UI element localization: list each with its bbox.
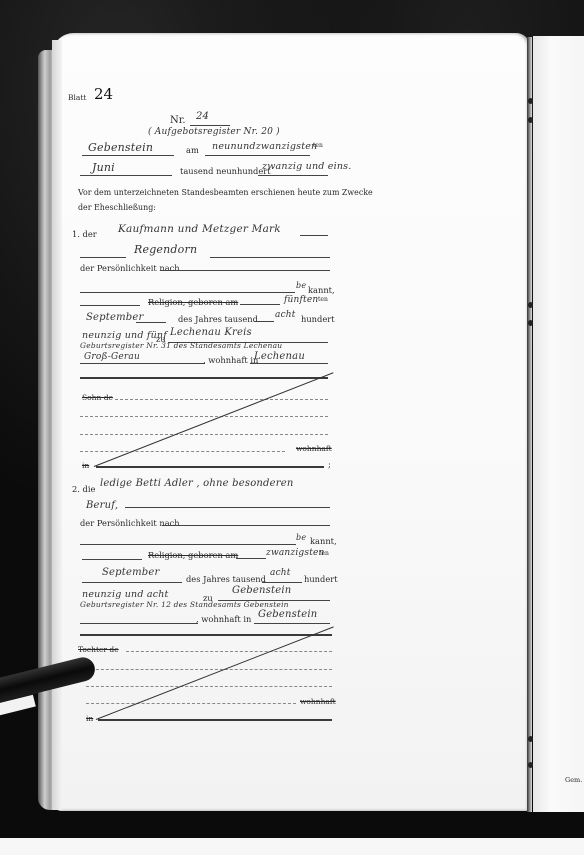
rule [86, 669, 332, 670]
party1-hundred-label: hundert [301, 314, 335, 324]
party1-son-of-label: Sohn de [82, 393, 113, 402]
book-gutter [527, 37, 532, 812]
party2-hundred-label: hundert [304, 574, 338, 584]
party2-birth-day-suffix: ten [319, 550, 329, 557]
party1-birthplace: Lechenau Kreis [170, 327, 252, 338]
rule [98, 719, 332, 721]
rule [254, 623, 330, 624]
intro-line-1: Vor dem unterzeichneten Standesbeamten e… [78, 188, 373, 197]
party2-identity-label: der Persönlichkeit nach [80, 518, 180, 528]
party1-district: Groß-Gerau [84, 352, 140, 362]
rule [80, 416, 328, 417]
rule [80, 623, 198, 624]
party1-residing-label: wohnhaft [296, 444, 332, 453]
rule [160, 270, 330, 271]
rule [82, 559, 142, 560]
rule [240, 304, 280, 305]
entry-number: 24 [196, 111, 209, 122]
party1-birth-year: neunzig und fünf [82, 330, 167, 341]
facing-page: Gem. [533, 36, 584, 812]
archive-footer-text [0, 838, 584, 846]
party2-birth-day: zwanzigsten [266, 548, 325, 558]
rule [262, 582, 302, 583]
rule [80, 451, 285, 452]
sheet-label: Blatt [68, 93, 86, 102]
word-ten: ten [313, 142, 323, 149]
party2-residence-label: , wohnhaft in [196, 614, 251, 624]
party2-birth-month: September [102, 567, 160, 578]
header-day: neunundzwanzigsten [212, 141, 317, 152]
rule [162, 525, 330, 526]
rule [126, 651, 332, 652]
rule [86, 686, 332, 687]
party2-register-note: Geburtsregister Nr. 12 des Standesamts G… [80, 600, 289, 609]
party1-religion-label: Religion, geboren am [148, 297, 238, 307]
archive-footer [0, 838, 584, 855]
year-printed: tausend neunhundert [180, 166, 271, 176]
rule [115, 399, 328, 400]
rule [205, 155, 310, 156]
header-year: zwanzig und eins. [262, 161, 351, 172]
party1-occupation: Kaufmann und Metzger Mark [118, 223, 281, 235]
party2-religion-label: Religion, geboren am [148, 550, 238, 560]
party2-year-label: des Jahres tausend [186, 574, 266, 584]
party1-identity-label: der Persönlichkeit nach [80, 263, 180, 273]
party2-occupation-cont: Beruf, [86, 500, 118, 511]
binding-thread [528, 302, 533, 308]
rule [80, 363, 205, 364]
party2-birth-century: acht [270, 568, 291, 578]
rule [254, 321, 274, 322]
binding-thread [528, 320, 533, 326]
rule [80, 544, 296, 545]
party1-number: 1. der [72, 229, 97, 239]
header-month: Juni [92, 161, 115, 174]
rule [136, 322, 166, 323]
party1-name: Regendorn [134, 243, 197, 256]
rule [80, 292, 295, 293]
binding-thread [528, 762, 533, 768]
rule [258, 175, 328, 176]
party1-known-suffix: be [296, 281, 306, 290]
rule [210, 257, 330, 258]
rule [86, 703, 296, 704]
party2-known-suffix: be [296, 533, 306, 542]
header-place: Gebenstein [88, 141, 153, 154]
party2-daughter-of-label: Tochter de [78, 645, 119, 654]
rule [96, 466, 324, 468]
rule [125, 507, 330, 508]
party2-occupation: ledige Betti Adler , ohne besonderen [100, 478, 294, 489]
rule [80, 305, 140, 306]
party1-residence: Lechenau [254, 351, 305, 362]
rule [80, 175, 172, 176]
party1-in-label: in [82, 461, 89, 470]
rule [80, 634, 332, 636]
party2-birth-year: neunzig und acht [82, 589, 169, 600]
rule [80, 377, 328, 379]
party2-residence: Gebenstein [258, 609, 317, 620]
word-am: am [186, 145, 199, 155]
party1-known-label: kannt, [308, 285, 335, 295]
sheet-number: 24 [94, 85, 113, 103]
rule [250, 363, 328, 364]
rule [82, 582, 182, 583]
facing-page-fragment: Gem. [565, 776, 582, 784]
party1-birth-day: fünften [284, 295, 318, 305]
intro-line-2: der Eheschließung: [78, 203, 156, 212]
party2-number: 2. die [72, 484, 95, 494]
rule [82, 155, 174, 156]
rule [236, 558, 266, 559]
party2-birthplace: Gebenstein [232, 585, 291, 596]
entry-label: Nr. [170, 115, 186, 126]
binding-thread [528, 98, 533, 104]
rule [300, 235, 328, 236]
rule [80, 257, 126, 258]
party2-in-label: in [86, 714, 93, 723]
party2-residing-label: wohnhaft [300, 697, 336, 706]
party1-year-label: des Jahres tausend [178, 314, 258, 324]
rule [190, 125, 230, 126]
header-note: ( Aufgebotsregister Nr. 20 ) [148, 127, 280, 137]
party1-register-note: Geburtsregister Nr. 31 des Standesamts L… [80, 341, 282, 350]
binding-thread [528, 117, 533, 123]
party1-birth-century: acht [275, 310, 296, 320]
page-margin-shadow [52, 40, 62, 810]
party1-end-mark: ; [328, 459, 331, 469]
rule [80, 434, 328, 435]
party2-known-label: kannt, [310, 536, 337, 546]
binding-thread [528, 736, 533, 742]
party1-birth-month: September [86, 312, 144, 323]
party1-birth-day-suffix: ten [318, 296, 328, 303]
